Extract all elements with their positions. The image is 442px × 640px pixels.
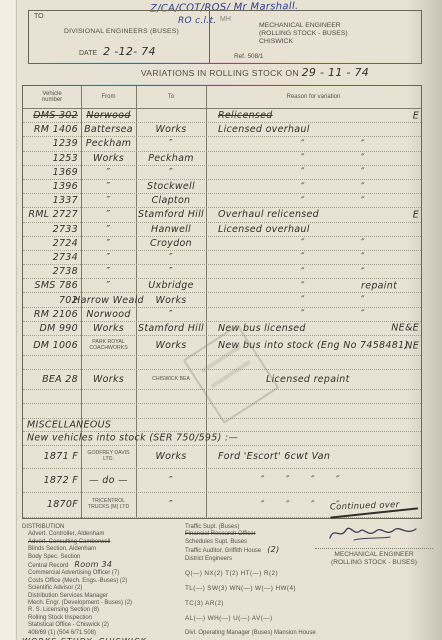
reason-cell: ″″ — [206, 293, 421, 306]
reason-cell: ″″ — [206, 166, 421, 179]
ditto-mark: ″ — [301, 295, 305, 306]
list-item: Schedules Supt. Buses — [185, 539, 330, 546]
vehicle-cell: 1872 F — [23, 469, 81, 492]
list-item-text: Statistical Office - Chiswick (2) — [28, 622, 109, 628]
from-cell: Harrow Weald — [81, 293, 136, 306]
ditto-mark: ″ — [301, 181, 305, 192]
vehicle-number: 1253 — [53, 153, 78, 164]
ditto-mark: ″ — [361, 153, 365, 164]
vehicle-number: 2724 — [53, 238, 78, 249]
reason-cell: ″″ — [206, 308, 421, 321]
vehicle-number: RML 2727 — [28, 209, 78, 220]
table-row: 2724″Croydon″″ — [23, 237, 421, 251]
list-item-text: Central Record — [28, 563, 68, 569]
form-title: VARIATIONS IN ROLLING STOCK ON 29 - 11 -… — [90, 66, 420, 79]
date-label: DATE — [79, 50, 97, 57]
from-value: ″ — [107, 238, 111, 249]
to-cell: Croydon — [136, 237, 206, 250]
divl-operating-manager: Divl. Operating Manager (Buses) Mansion … — [185, 630, 330, 637]
from-cell: ″ — [81, 166, 136, 179]
to-value: Uxbridge — [148, 280, 193, 291]
table-row: 2734″″″″ — [23, 251, 421, 265]
vehicle-number: RM 1406 — [34, 124, 78, 135]
from-cell: ″ — [81, 223, 136, 236]
margin-note: NE&E — [391, 323, 419, 334]
from-cell: ″ — [81, 265, 136, 278]
to-value: CHISWICK BEA — [152, 377, 190, 383]
to-cell: ″ — [136, 493, 206, 517]
list-item-text: 408/69 (1) (504 6/71 508) — [28, 630, 96, 636]
to-value: Works — [155, 295, 186, 306]
table-row: 1369″″″″ — [23, 166, 421, 180]
table-row: 1239Peckham″″″ — [23, 137, 421, 151]
list-item: Scientific Advisor (2) — [22, 585, 182, 592]
vehicle-number: 1872 F — [44, 475, 78, 486]
form-title-date: 29 - 11 - 74 — [302, 66, 370, 79]
sender-line1: MECHANICAL ENGINEER — [259, 22, 348, 30]
vehicle-cell: RM 2106 — [23, 308, 81, 321]
table-row: 1871 FGODFREY DAVIS LTD.WorksFord 'Escor… — [23, 446, 421, 469]
from-value: Norwood — [86, 309, 130, 320]
table-row: 1253WorksPeckham″″ — [23, 152, 421, 166]
vehicle-number: BEA 28 — [42, 374, 78, 385]
to-value: ″ — [169, 138, 173, 149]
list-item: Mech. Engr. (Development - Buses) (2) — [22, 600, 182, 607]
to-cell: ″ — [136, 265, 206, 278]
table-row: New vehicles into stock (SER 750/595) :— — [23, 432, 421, 446]
from-cell: Battersea — [81, 123, 136, 136]
from-cell: Works — [81, 322, 136, 335]
list-item: Rolling Stock Inspection — [22, 615, 182, 622]
list-item-text: District Engineers — [185, 556, 232, 562]
table-row: DMS 302NorwoodRelicensedE — [23, 109, 421, 123]
code-line: TL(—) SW(3) WN(—) W(—) HW(4) — [185, 585, 330, 592]
list-item: Financial Research Officer — [185, 531, 330, 538]
list-item-text: Schedules Supt. Buses — [185, 539, 247, 545]
to-cell: ″ — [136, 251, 206, 264]
list-item-text: Advert. Consulting Camberwell — [28, 539, 110, 545]
to-value: ″ — [169, 252, 173, 263]
sender-line2: (ROLLING STOCK - BUSES) — [259, 30, 348, 38]
from-cell: Peckham — [81, 137, 136, 150]
vehicle-cell: RM 1406 — [23, 123, 81, 136]
from-cell: PARK ROYAL COACHWORKS — [81, 336, 136, 355]
ditto-mark: ″ — [301, 280, 305, 291]
from-value: GODFREY DAVIS LTD. — [87, 451, 129, 463]
vehicle-number: DMS 302 — [33, 110, 78, 121]
signatory-title1: MECHANICAL ENGINEER — [315, 551, 433, 559]
reason-cell: ″″ — [206, 237, 421, 250]
table-row: RM 2106Norwood″″″ — [23, 308, 421, 322]
ditto-mark: ″ — [286, 475, 290, 486]
to-cell: ″ — [136, 166, 206, 179]
signature — [315, 522, 433, 549]
ditto-mark: ″ — [301, 167, 305, 178]
from-value: ″ — [107, 167, 111, 178]
from-value: ″ — [107, 224, 111, 235]
vehicle-number: 1396 — [53, 181, 78, 192]
table-row: RM 1406BatterseaWorksLicensed overhaul — [23, 123, 421, 137]
from-cell: ″ — [81, 279, 136, 292]
ditto-mark: ″ — [301, 138, 305, 149]
from-value: Works — [93, 374, 124, 385]
vehicle-cell: 1253 — [23, 152, 81, 165]
to-value: Stamford Hill — [138, 323, 204, 334]
date-line: DATE2 -12- 74 — [79, 45, 156, 58]
margin-note: E — [413, 209, 419, 220]
district-codes: Q(—) NX(2) T(2) HT(—) R(2)TL(—) SW(3) WN… — [185, 570, 330, 622]
to-value: Croydon — [150, 238, 192, 249]
reason-value: Licensed overhaul — [218, 124, 310, 135]
from-cell: TRICENTROL TRUCKS (M) LTD — [81, 493, 136, 517]
distribution-title: DISTRIBUTION — [22, 524, 182, 531]
ditto-mark: ″ — [301, 195, 305, 206]
list-item: Advert. Controller, Aldenham — [22, 531, 182, 538]
sender-block: MECHANICAL ENGINEER (ROLLING STOCK - BUS… — [259, 22, 348, 47]
list-item: R. S. Licensing Section (8) — [22, 607, 182, 614]
reason-cell: Ford 'Escort' 6cwt Van{Regn No GHV 871NC… — [206, 446, 421, 468]
ditto-mark: ″ — [301, 266, 305, 277]
vehicle-cell: 1396 — [23, 180, 81, 193]
vehicle-number: SMS 786 — [34, 280, 78, 291]
to-value: Clapton — [152, 195, 191, 206]
vehicle-cell: 1871 F — [23, 446, 81, 468]
from-value: ″ — [107, 266, 111, 277]
from-value: ″ — [107, 209, 111, 220]
header-box: TO DIVISIONAL ENGINEERS (BUSES) DATE2 -1… — [28, 10, 422, 64]
to-cell: Works — [136, 293, 206, 306]
ditto-mark: ″ — [301, 238, 305, 249]
table-row: 1872 F— do —″″″″″{Regn No GHV 872NChassi… — [23, 469, 421, 493]
vehicle-number: 2734 — [53, 252, 78, 263]
vehicle-cell: 1239 — [23, 137, 81, 150]
scanned-document: Z/CA/COT/ROS/ Mr Marshall. RO c.l.t. MH … — [0, 0, 442, 640]
to-cell: ″ — [136, 137, 206, 150]
code-line: AL(—) WH(—) U(—) AV(—) — [185, 615, 330, 622]
from-cell: Works — [81, 370, 136, 389]
vehicle-number: DM 990 — [40, 323, 78, 334]
from-cell: ″ — [81, 208, 136, 221]
distribution-list: DISTRIBUTION Advert. Controller, Aldenha… — [22, 524, 182, 640]
list-item: Commercial Advertising Officer (7) — [22, 570, 182, 577]
to-cell: Works — [136, 123, 206, 136]
list-item-text: Body Spec. Section — [28, 554, 80, 560]
from-value: Peckham — [86, 138, 132, 149]
ditto-mark: ″ — [336, 475, 340, 486]
from-value: ″ — [107, 195, 111, 206]
reason-value: Relicensed — [218, 110, 273, 121]
ditto-mark: repaint — [361, 280, 397, 291]
vehicle-number: RM 2106 — [34, 309, 78, 320]
code-line: TC(3) AR(2) — [185, 600, 330, 607]
table-row: SMS 786″Uxbridge″repaint — [23, 279, 421, 293]
recipient: DIVISIONAL ENGINEERS (BUSES) — [39, 28, 204, 35]
from-value: TRICENTROL TRUCKS (M) LTD — [88, 499, 129, 511]
to-cell — [136, 109, 206, 122]
from-value: Battersea — [84, 124, 133, 135]
table-rows: DMS 302NorwoodRelicensedERM 1406Batterse… — [23, 109, 421, 518]
ditto-mark: ″ — [361, 309, 365, 320]
vehicle-cell: 2733 — [23, 223, 81, 236]
margin-note: E — [413, 110, 419, 121]
to-cell: Clapton — [136, 194, 206, 207]
margin-note: NE — [405, 340, 419, 351]
signatory-title2: (ROLLING STOCK - BUSES) — [315, 559, 433, 567]
list-item-text: Costs Office (Mech. Engs.-Buses) (2) — [28, 578, 127, 584]
col-to: To — [136, 86, 206, 108]
to-cell: Stamford Hill — [136, 322, 206, 335]
ditto-mark: ″ — [301, 153, 305, 164]
ditto-mark: ″ — [361, 181, 365, 192]
vehicle-number: 2733 — [53, 224, 78, 235]
to-value: Works — [155, 340, 186, 351]
list-item-text: Traffic Supt. (Buses) — [185, 524, 239, 530]
table-row: 1337″Clapton″″ — [23, 194, 421, 208]
vehicle-cell: 2734 — [23, 251, 81, 264]
ditto-mark: ″ — [361, 138, 365, 149]
list-item-text: Traffic Auditor, Griffith House — [185, 548, 261, 554]
section-label: New vehicles into stock (SER 750/595) :— — [27, 433, 238, 444]
ditto-mark: ″ — [361, 266, 365, 277]
distribution-items: Advert. Controller, AldenhamAdvert. Cons… — [22, 531, 182, 637]
from-value: Norwood — [86, 110, 130, 121]
signature-squiggle — [324, 522, 424, 544]
to-label: TO — [34, 13, 44, 20]
from-cell: Norwood — [81, 109, 136, 122]
reason-cell: ″″″″{Regn No GHV 872NChassis No BBAVPR 2… — [206, 469, 421, 492]
reason-cell: ″″ — [206, 251, 421, 264]
ditto-mark: ″ — [261, 475, 265, 486]
to-value: Works — [155, 124, 186, 135]
ditto-mark: ″ — [311, 499, 315, 510]
to-cell: Works — [136, 446, 206, 468]
to-value: ″ — [169, 475, 173, 486]
to-value: Hanwell — [151, 224, 191, 235]
vehicle-number: 1870F — [47, 499, 78, 510]
handwritten-count: Room 34 — [74, 560, 112, 569]
list-item: Advert. Consulting Camberwell — [22, 539, 182, 546]
vehicle-number: 1337 — [53, 195, 78, 206]
from-cell: ″ — [81, 237, 136, 250]
ditto-mark: ″ — [361, 295, 365, 306]
list-item-text: Blinds Section, Aldenham — [28, 546, 96, 552]
to-value: ″ — [169, 167, 173, 178]
vehicle-cell: 2724 — [23, 237, 81, 250]
vehicle-cell: BEA 28 — [23, 370, 81, 389]
to-value: ″ — [169, 499, 173, 510]
header-divider — [209, 11, 210, 63]
vehicle-cell: 2738 — [23, 265, 81, 278]
from-value: Harrow Weald — [73, 295, 144, 306]
to-cell: Stamford Hill — [136, 208, 206, 221]
to-value: ″ — [169, 309, 173, 320]
from-value: Works — [93, 153, 124, 164]
variations-table: Vehicle number From To Reason for variat… — [22, 85, 422, 519]
reason-value: Overhaul relicensed — [218, 209, 319, 220]
from-value: PARK ROYAL COACHWORKS — [89, 340, 127, 352]
list-item-text: Rolling Stock Inspection — [28, 615, 92, 621]
to-cell: Hanwell — [136, 223, 206, 236]
to-value: Works — [155, 451, 186, 462]
from-cell: Works — [81, 152, 136, 165]
reason-cell: RelicensedE — [206, 109, 421, 122]
vehicle-cell: 1369 — [23, 166, 81, 179]
to-cell: Peckham — [136, 152, 206, 165]
traffic-list: Traffic Supt. (Buses)Financial Research … — [185, 524, 330, 637]
reason-value: Licensed repaint — [266, 374, 350, 385]
from-cell: GODFREY DAVIS LTD. — [81, 446, 136, 468]
ditto-mark: ″ — [261, 499, 265, 510]
traffic-items: Traffic Supt. (Buses)Financial Research … — [185, 524, 330, 563]
from-cell: — do — — [81, 469, 136, 492]
signature-block: MECHANICAL ENGINEER (ROLLING STOCK - BUS… — [315, 522, 433, 567]
list-item: District Engineers — [185, 556, 330, 563]
ref-number: Ref. 508/1 — [234, 53, 264, 60]
list-item-text: Mech. Engr. (Development - Buses) (2) — [28, 600, 132, 606]
to-value: Peckham — [148, 153, 194, 164]
reason-cell: Overhaul relicensedE — [206, 208, 421, 221]
reason-cell: Licensed overhaul — [206, 123, 421, 136]
ditto-mark: ″ — [311, 475, 315, 486]
reason-cell: ″″ — [206, 194, 421, 207]
table-row: 702Harrow WealdWorks″″ — [23, 293, 421, 307]
col-reason: Reason for variation — [206, 86, 421, 108]
col-from: From — [81, 86, 136, 108]
reason-cell: Licensed overhaul — [206, 223, 421, 236]
handwritten-count: (2) — [267, 545, 279, 554]
table-row: 2738″″″″ — [23, 265, 421, 279]
ditto-mark: ″ — [361, 238, 365, 249]
table-header: Vehicle number From To Reason for variat… — [23, 86, 421, 109]
from-value: — do — — [89, 475, 128, 486]
reason-cell: ″″ — [206, 137, 421, 150]
list-item: Central RecordRoom 34 — [22, 561, 182, 570]
vehicle-cell: RML 2727 — [23, 208, 81, 221]
reason-value: Ford 'Escort' 6cwt Van — [218, 451, 330, 462]
list-item: Costs Office (Mech. Engs.-Buses) (2) — [22, 578, 182, 585]
to-cell: ″ — [136, 308, 206, 321]
to-value: Stamford Hill — [138, 209, 204, 220]
reason-cell: ″repaint — [206, 279, 421, 292]
reason-cell: ″″ — [206, 152, 421, 165]
date-value: 2 -12- 74 — [103, 45, 156, 58]
to-value: Stockwell — [147, 181, 195, 192]
section-label: MISCELLANEOUS — [27, 419, 111, 430]
list-item-text: Commercial Advertising Officer (7) — [28, 570, 119, 576]
ditto-mark: ″ — [361, 167, 365, 178]
table-row: 2733″HanwellLicensed overhaul — [23, 223, 421, 237]
from-value: ″ — [107, 181, 111, 192]
vehicle-number: DM 1006 — [33, 340, 78, 351]
list-item: Statistical Office - Chiswick (2) — [22, 622, 182, 629]
table-row: 1396″Stockwell″″ — [23, 180, 421, 194]
from-cell: ″ — [81, 180, 136, 193]
vehicle-cell: SMS 786 — [23, 279, 81, 292]
vehicle-cell: DMS 302 — [23, 109, 81, 122]
list-item-text: Distribution Services Manager — [28, 593, 108, 599]
list-item-text: Financial Research Officer — [185, 531, 256, 537]
list-item: Traffic Auditor, Griffith House(2) — [185, 546, 330, 555]
vehicle-cell: 1870F — [23, 493, 81, 517]
list-item-text: R. S. Licensing Section (8) — [28, 607, 99, 613]
form-title-text: VARIATIONS IN ROLLING STOCK ON — [141, 68, 299, 78]
vehicle-cell: DM 990 — [23, 322, 81, 335]
ditto-mark: ″ — [301, 309, 305, 320]
reason-cell: ″″ — [206, 180, 421, 193]
ditto-mark: ″ — [361, 195, 365, 206]
reason-value: Licensed overhaul — [218, 224, 310, 235]
col-vehicle-number: Vehicle number — [23, 86, 81, 108]
list-item-text: Scientific Advisor (2) — [28, 585, 82, 591]
table-row: RML 2727″Stamford HillOverhaul relicense… — [23, 208, 421, 222]
from-cell: ″ — [81, 251, 136, 264]
ditto-mark: ″ — [286, 499, 290, 510]
ditto-mark: ″ — [301, 252, 305, 263]
list-item: 408/69 (1) (504 6/71 508) — [22, 630, 182, 637]
vehicle-number: 1239 — [53, 138, 78, 149]
sender-line3: CHISWICK — [259, 38, 348, 46]
from-value: ″ — [107, 252, 111, 263]
to-value: ″ — [169, 266, 173, 277]
reason-cell: ″″ — [206, 265, 421, 278]
list-item-text: Advert. Controller, Aldenham — [28, 531, 104, 537]
vehicle-number: 1871 F — [44, 451, 78, 462]
ditto-mark: ″ — [361, 252, 365, 263]
paper-fold-line — [16, 0, 17, 640]
list-item: Traffic Supt. (Buses) — [185, 524, 330, 531]
to-cell: Uxbridge — [136, 279, 206, 292]
vehicle-cell: DM 1006 — [23, 336, 81, 355]
code-line: Q(—) NX(2) T(2) HT(—) R(2) — [185, 570, 330, 577]
vehicle-number: 2738 — [53, 266, 78, 277]
to-cell: Stockwell — [136, 180, 206, 193]
from-value: ″ — [107, 280, 111, 291]
from-value: Works — [93, 323, 124, 334]
vehicle-cell: 1337 — [23, 194, 81, 207]
from-cell: Norwood — [81, 308, 136, 321]
from-cell: ″ — [81, 194, 136, 207]
list-item: Blinds Section, Aldenham — [22, 546, 182, 553]
list-item: Distribution Services Manager — [22, 593, 182, 600]
to-cell: ″ — [136, 469, 206, 492]
vehicle-number: 1369 — [53, 167, 78, 178]
